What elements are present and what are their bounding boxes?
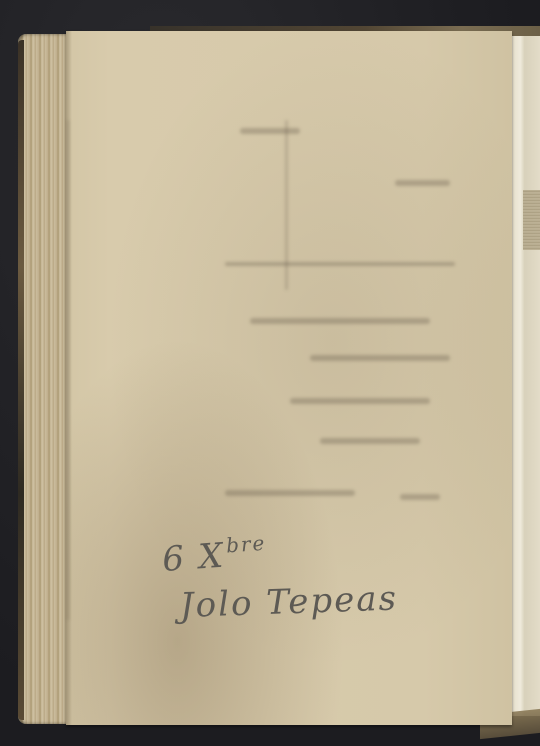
date-text: 6 X [161, 536, 226, 580]
pencil-inscription: 6 Xbre Jolo Tepeas [162, 528, 398, 630]
binding-tape [523, 190, 540, 250]
page-edges-stack [18, 34, 70, 724]
inscription-name: Jolo Tepeas [179, 574, 399, 630]
facing-page-edge [512, 36, 540, 716]
worn-cover-edge [18, 40, 24, 720]
date-superscript: bre [225, 531, 267, 558]
